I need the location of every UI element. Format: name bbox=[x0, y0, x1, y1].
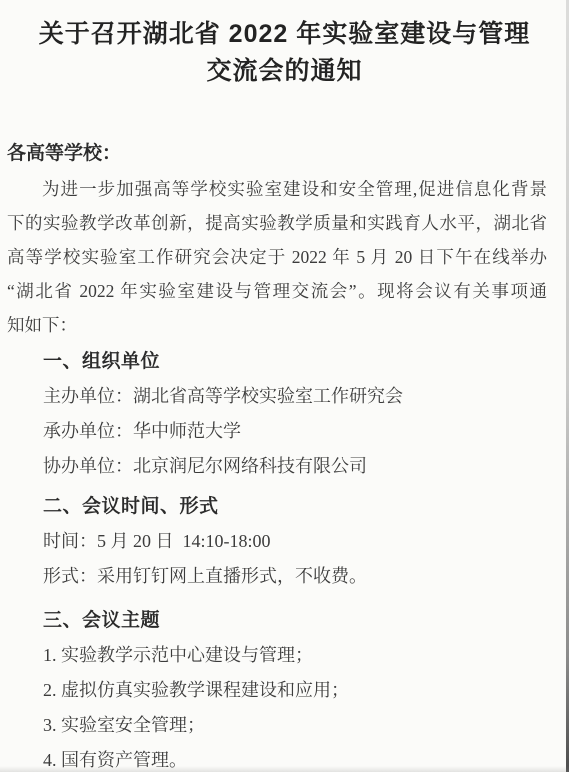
paragraph-line: 高等学校实验室工作研究会决定于 2022 年 5 月 20 日下午在线举办 bbox=[7, 240, 547, 274]
section-item: 承办单位：华中师范大学 bbox=[7, 414, 547, 449]
title-line-2: 交流会的通知 bbox=[0, 53, 569, 90]
section-item: 主办单位：湖北省高等学校实验室工作研究会 bbox=[7, 379, 547, 414]
section-heading: 三、会议主题 bbox=[7, 604, 547, 638]
intro-paragraph: 为进一步加强高等学校实验室建设和安全管理,促进信息化背景 下的实验教学改革创新，… bbox=[7, 172, 547, 342]
salutation: 各高等学校： bbox=[7, 142, 547, 166]
section-topics: 三、会议主题 1. 实验教学示范中心建设与管理； 2. 虚拟仿真实验教学课程建设… bbox=[7, 604, 547, 772]
section-item: 1. 实验教学示范中心建设与管理； bbox=[7, 638, 547, 673]
section-item: 3. 实验室安全管理； bbox=[7, 708, 547, 743]
section-heading: 二、会议时间、形式 bbox=[7, 490, 547, 524]
section-item: 协办单位：北京润尼尔网络科技有限公司 bbox=[7, 449, 547, 484]
title-line-1: 关于召开湖北省 2022 年实验室建设与管理 bbox=[0, 16, 569, 53]
paragraph-line: 下的实验教学改革创新，提高实验教学质量和实践育人水平，湖北省 bbox=[7, 206, 547, 240]
section-item: 4. 国有资产管理。 bbox=[7, 743, 547, 772]
section-organizers: 一、组织单位 主办单位：湖北省高等学校实验室工作研究会 承办单位：华中师范大学 … bbox=[7, 345, 547, 484]
paragraph-line: 知如下： bbox=[7, 308, 547, 342]
section-time-format: 二、会议时间、形式 时间：5 月 20 日 14:10-18:00 形式：采用钉… bbox=[7, 490, 547, 594]
section-item: 形式：采用钉钉网上直播形式，不收费。 bbox=[7, 559, 547, 594]
paragraph-line: 为进一步加强高等学校实验室建设和安全管理,促进信息化背景 bbox=[7, 172, 547, 206]
section-item: 时间：5 月 20 日 14:10-18:00 bbox=[7, 524, 547, 559]
document-title: 关于召开湖北省 2022 年实验室建设与管理 交流会的通知 bbox=[0, 0, 569, 90]
section-heading: 一、组织单位 bbox=[7, 345, 547, 379]
section-item: 2. 虚拟仿真实验教学课程建设和应用； bbox=[7, 673, 547, 708]
paragraph-line: “湖北省 2022 年实验室建设与管理交流会”。现将会议有关事项通 bbox=[7, 274, 547, 308]
document-page: 关于召开湖北省 2022 年实验室建设与管理 交流会的通知 各高等学校： 为进一… bbox=[0, 0, 569, 772]
